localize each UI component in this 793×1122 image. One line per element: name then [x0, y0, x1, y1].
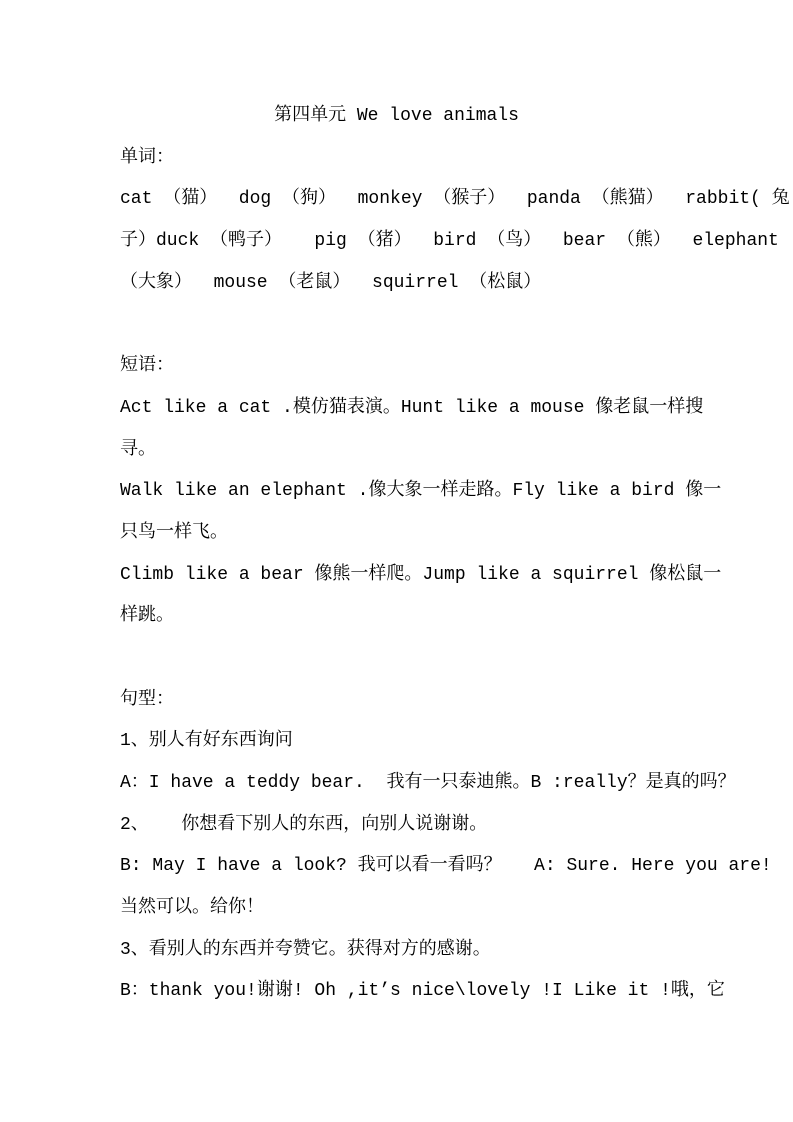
vocab-line-1: cat （猫） dog （狗） monkey （猴子） panda （熊猫） r… — [120, 179, 673, 221]
pattern-item-1-title: 1、别人有好东西询问 — [120, 721, 673, 763]
phrase-line-6: 样跳。 — [120, 596, 673, 638]
pattern-item-3-title: 3、看别人的东西并夸赞它。获得对方的感谢。 — [120, 930, 673, 972]
document-content: 第四单元 We love animals 单词： cat （猫） dog （狗）… — [120, 96, 673, 1013]
heading-patterns: 句型： — [120, 680, 673, 722]
phrase-line-1: Act like a cat .模仿猫表演。Hunt like a mouse … — [120, 388, 673, 430]
heading-phrases: 短语： — [120, 346, 673, 388]
pattern-item-1-dialogue: A：I have a teddy bear. 我有一只泰迪熊。B :really… — [120, 763, 673, 805]
page-title: 第四单元 We love animals — [120, 96, 673, 138]
phrase-line-3: Walk like an elephant .像大象一样走路。Fly like … — [120, 471, 673, 513]
pattern-item-2-title: 2、 你想看下别人的东西，向别人说谢谢。 — [120, 805, 673, 847]
phrase-line-2: 寻。 — [120, 430, 673, 472]
pattern-item-3-dialogue: B：thank you!谢谢! Oh ,it’s nice\lovely !I … — [120, 971, 673, 1013]
phrase-line-4: 只鸟一样飞。 — [120, 513, 673, 555]
vocab-line-2: 子）duck （鸭子） pig （猪） bird （鸟） bear （熊） el… — [120, 221, 673, 263]
document-page: 第四单元 We love animals 单词： cat （猫） dog （狗）… — [0, 0, 793, 1122]
heading-words: 单词： — [120, 138, 673, 180]
phrase-line-5: Climb like a bear 像熊一样爬。Jump like a squi… — [120, 555, 673, 597]
blank-line-2 — [120, 638, 673, 680]
blank-line-1 — [120, 304, 673, 346]
vocab-line-3: （大象） mouse （老鼠） squirrel （松鼠） — [120, 263, 673, 305]
pattern-item-2-dialogue: B: May I have a look? 我可以看一看吗？ A: Sure. … — [120, 846, 673, 888]
pattern-item-2-dialogue-cont: 当然可以。给你！ — [120, 888, 673, 930]
